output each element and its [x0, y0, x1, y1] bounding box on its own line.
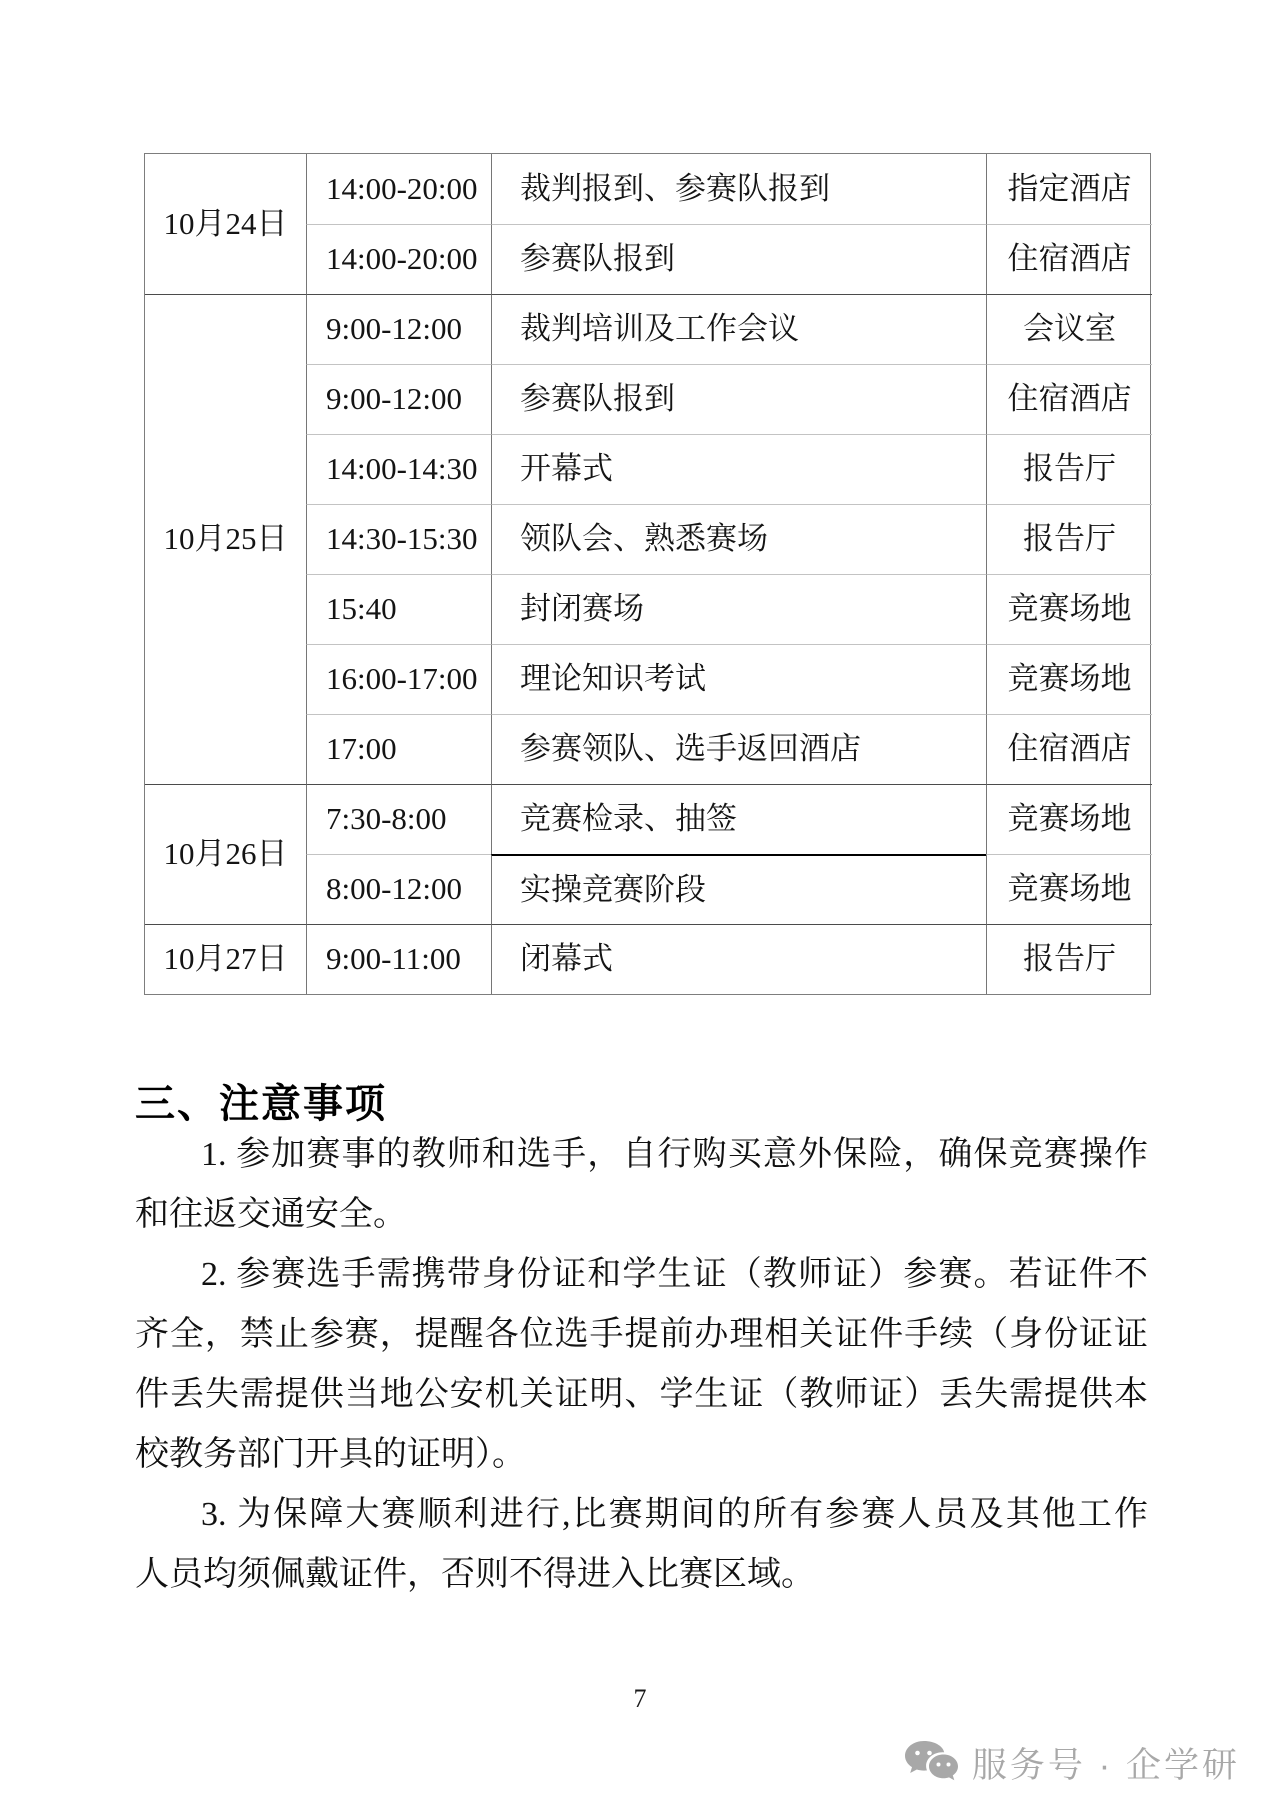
schedule-location-cell: 住宿酒店: [986, 364, 1152, 434]
notes-paragraphs: 1. 参加赛事的教师和选手，自行购买意外保险，确保竞赛操作和往返交通安全。2. …: [135, 1125, 1148, 1605]
schedule-activity-cell: 参赛队报到: [491, 224, 986, 294]
schedule-activity-cell: 领队会、熟悉赛场: [491, 504, 986, 574]
schedule-location-cell: 竞赛场地: [986, 784, 1152, 854]
schedule-location-cell: 指定酒店: [986, 154, 1152, 224]
watermark: 服务号 · 企学研: [904, 1738, 1240, 1788]
schedule-time-cell: 14:00-14:30: [306, 434, 491, 504]
schedule-activity-cell: 裁判报到、参赛队报到: [491, 154, 986, 224]
schedule-activity-cell: 开幕式: [491, 434, 986, 504]
schedule-location-cell: 住宿酒店: [986, 714, 1152, 784]
schedule-location-cell: 住宿酒店: [986, 224, 1152, 294]
paragraph-line: 件丢失需提供当地公安机关证明、学生证（教师证）丢失需提供本: [135, 1365, 1148, 1425]
watermark-text: 服务号 · 企学研: [972, 1738, 1240, 1788]
schedule-location-cell: 竞赛场地: [986, 574, 1152, 644]
schedule-time-cell: 8:00-12:00: [306, 854, 491, 924]
schedule-time-cell: 9:00-11:00: [306, 924, 491, 994]
schedule-time-cell: 9:00-12:00: [306, 294, 491, 364]
paragraph-line: 2. 参赛选手需携带身份证和学生证（教师证）参赛。若证件不: [135, 1245, 1148, 1305]
schedule-activity-cell: 封闭赛场: [491, 574, 986, 644]
schedule-table: 10月24日14:00-20:00裁判报到、参赛队报到指定酒店14:00-20:…: [144, 153, 1151, 995]
schedule-time-cell: 14:00-20:00: [306, 224, 491, 294]
schedule-activity-cell: 实操竞赛阶段: [491, 854, 986, 924]
paragraph-line: 人员均须佩戴证件，否则不得进入比赛区域。: [135, 1545, 1148, 1605]
schedule-location-cell: 竞赛场地: [986, 854, 1152, 924]
section-heading: 三、注意事项: [135, 1072, 387, 1129]
schedule-location-cell: 报告厅: [986, 504, 1152, 574]
page-number: 7: [0, 1684, 1280, 1714]
schedule-time-cell: 14:00-20:00: [306, 154, 491, 224]
schedule-activity-cell: 理论知识考试: [491, 644, 986, 714]
wechat-icon: [904, 1740, 958, 1786]
paragraph-line: 1. 参加赛事的教师和选手，自行购买意外保险，确保竞赛操作: [135, 1125, 1148, 1185]
schedule-date-cell: 10月26日: [145, 784, 306, 924]
schedule-time-cell: 17:00: [306, 714, 491, 784]
schedule-time-cell: 15:40: [306, 574, 491, 644]
schedule-date-cell: 10月27日: [145, 924, 306, 994]
paragraph-line: 和往返交通安全。: [135, 1185, 1148, 1245]
schedule-location-cell: 会议室: [986, 294, 1152, 364]
schedule-location-cell: 报告厅: [986, 434, 1152, 504]
schedule-date-cell: 10月25日: [145, 294, 306, 784]
paragraph-line: 齐全，禁止参赛，提醒各位选手提前办理相关证件手续（身份证证: [135, 1305, 1148, 1365]
schedule-location-cell: 报告厅: [986, 924, 1152, 994]
schedule-activity-cell: 参赛队报到: [491, 364, 986, 434]
document-page: 10月24日14:00-20:00裁判报到、参赛队报到指定酒店14:00-20:…: [0, 0, 1280, 1810]
schedule-activity-cell: 闭幕式: [491, 924, 986, 994]
schedule-time-cell: 9:00-12:00: [306, 364, 491, 434]
paragraph-line: 校教务部门开具的证明）。: [135, 1425, 1148, 1485]
schedule-activity-cell: 竞赛检录、抽签: [491, 784, 986, 854]
schedule-activity-cell: 裁判培训及工作会议: [491, 294, 986, 364]
schedule-time-cell: 14:30-15:30: [306, 504, 491, 574]
schedule-date-cell: 10月24日: [145, 154, 306, 294]
schedule-time-cell: 7:30-8:00: [306, 784, 491, 854]
schedule-location-cell: 竞赛场地: [986, 644, 1152, 714]
schedule-time-cell: 16:00-17:00: [306, 644, 491, 714]
schedule-activity-cell: 参赛领队、选手返回酒店: [491, 714, 986, 784]
paragraph-line: 3. 为保障大赛顺利进行,比赛期间的所有参赛人员及其他工作: [135, 1485, 1148, 1545]
